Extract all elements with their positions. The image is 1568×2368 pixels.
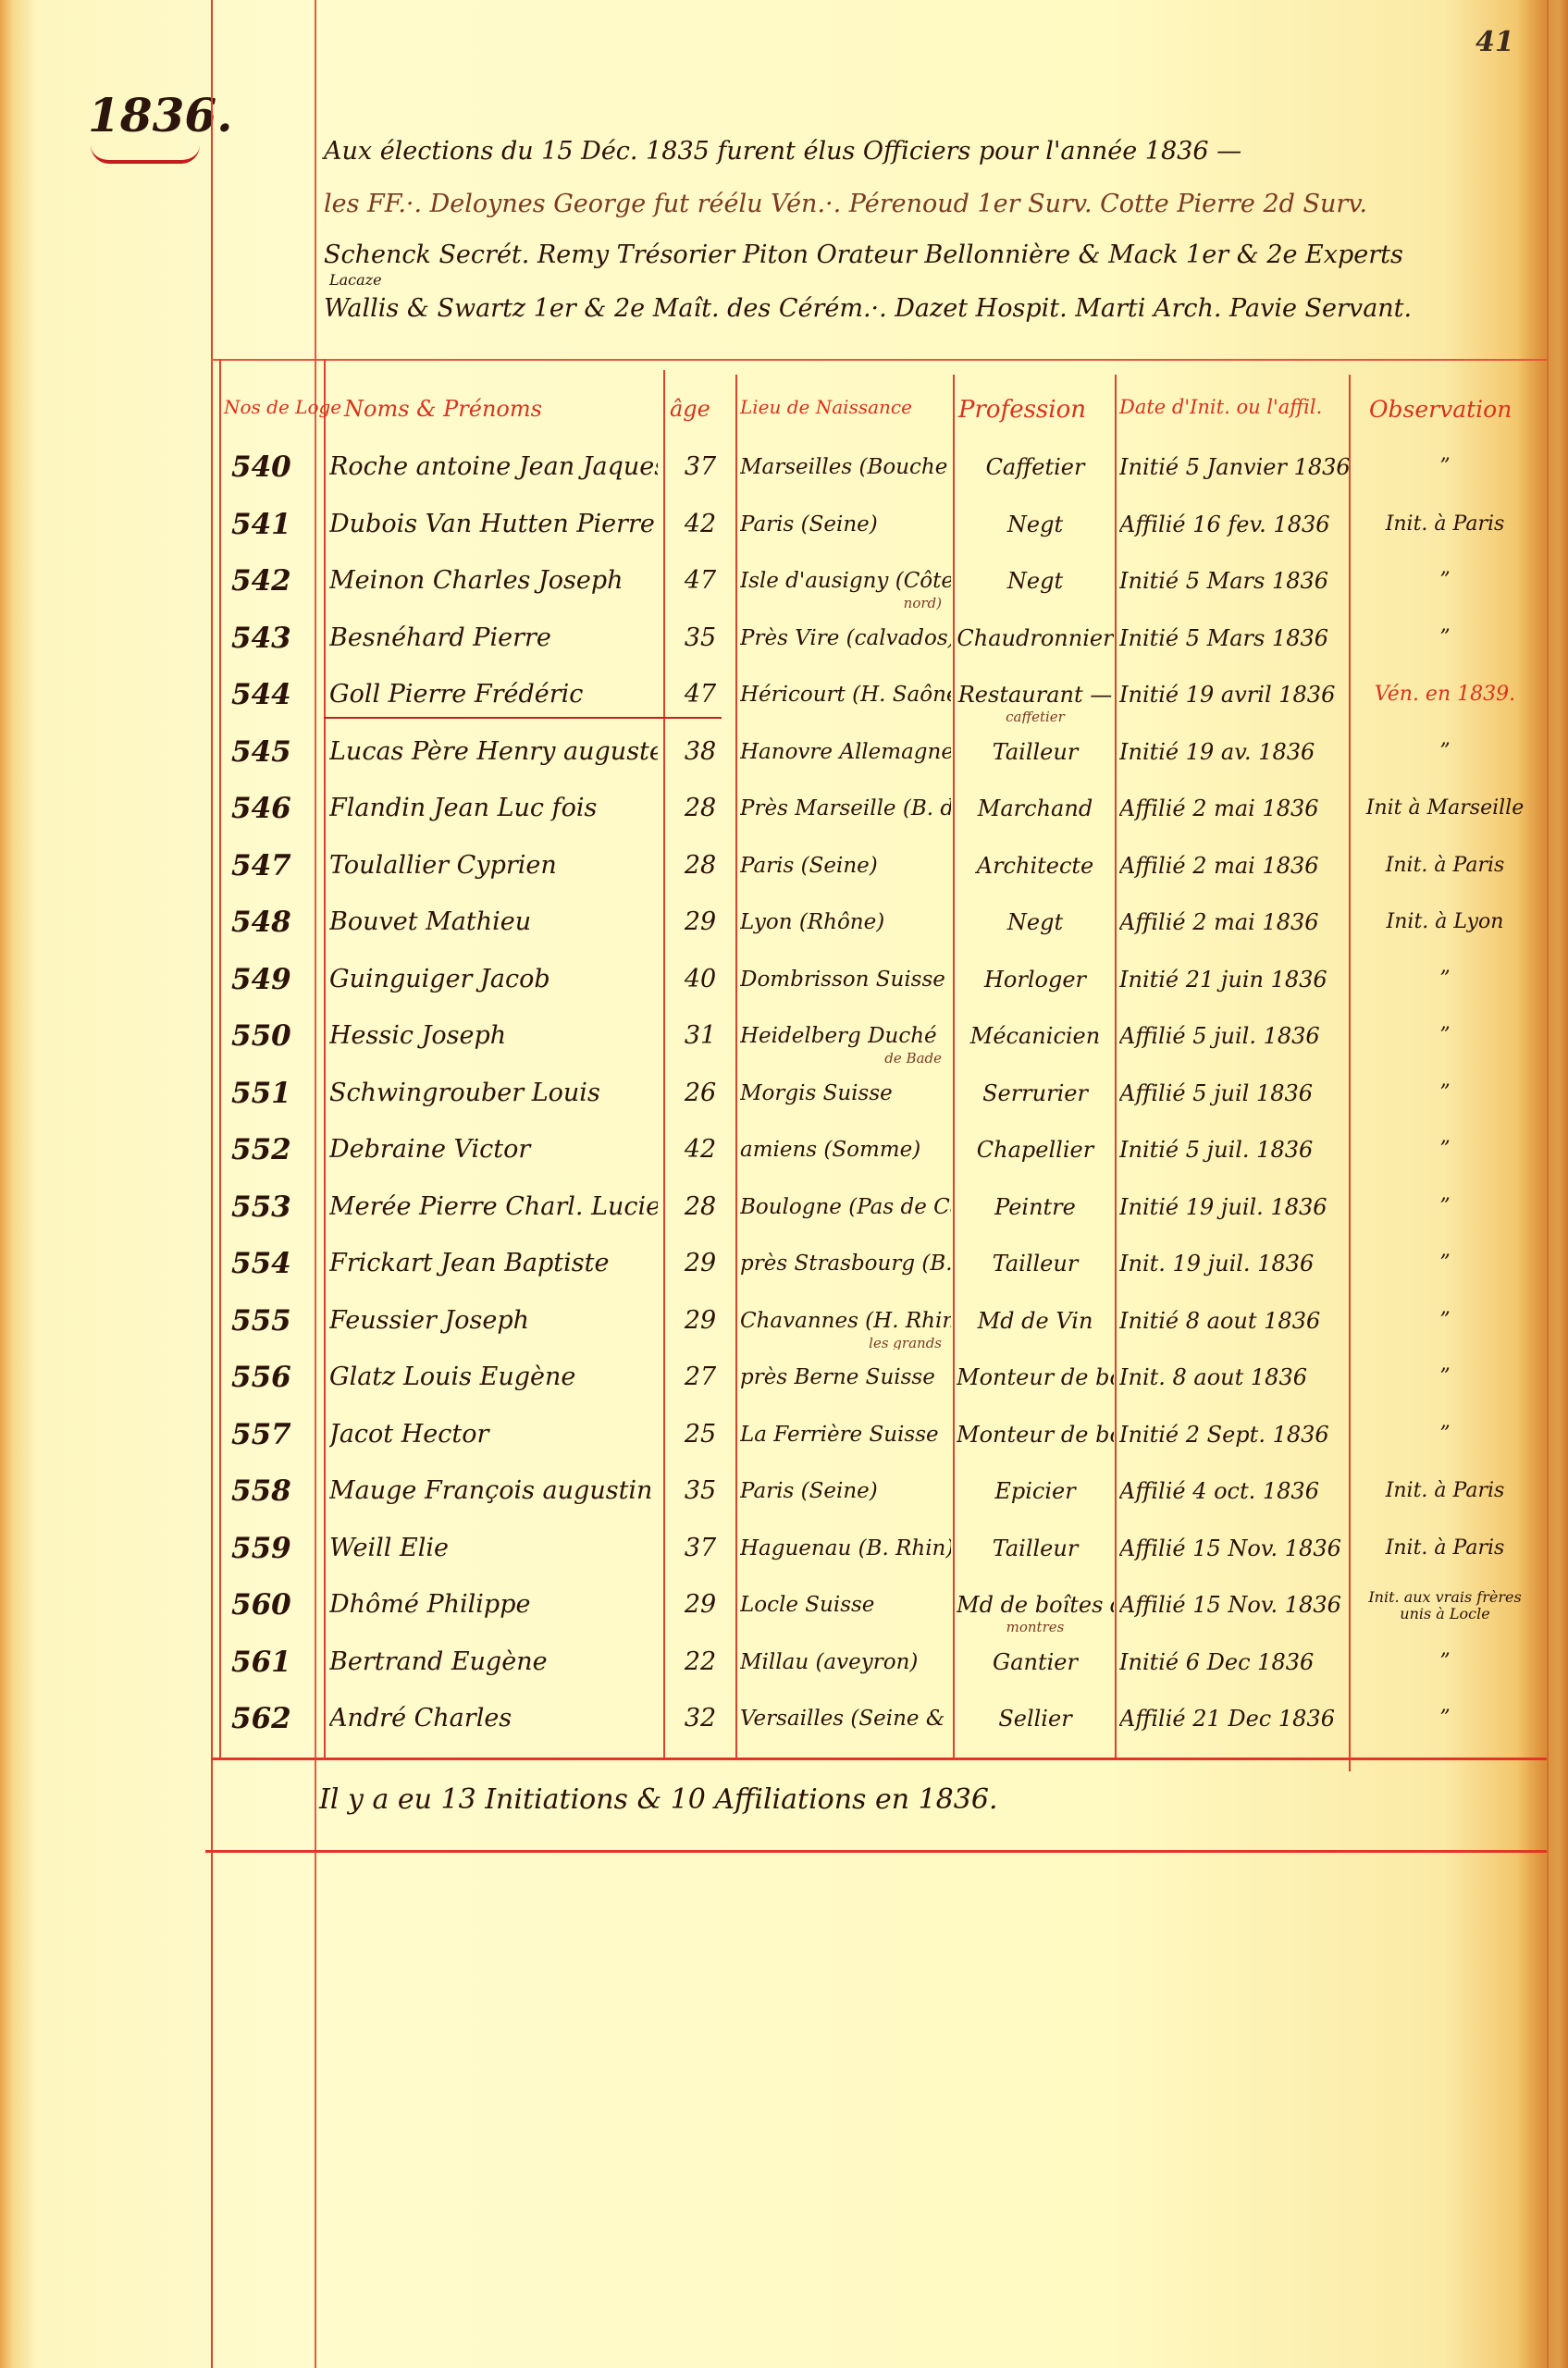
initiation-date: Affilié 5 juil. 1836: [1119, 1020, 1349, 1052]
member-name: Jacot Hector: [329, 1419, 658, 1450]
lodge-number: 551: [231, 1078, 319, 1109]
lodge-number: 557: [231, 1419, 319, 1450]
member-age: 35: [668, 623, 733, 654]
initiation-date: Init. 19 juil. 1836: [1119, 1248, 1349, 1279]
lodge-number: 559: [231, 1533, 319, 1564]
member-age: 27: [668, 1362, 733, 1393]
header-observation: Observation: [1369, 396, 1512, 423]
member-age: 47: [668, 679, 733, 710]
profession: Tailleur: [957, 736, 1114, 768]
profession: Mécanicien: [957, 1020, 1114, 1052]
lodge-number: 542: [231, 565, 319, 597]
observation: Init à Marseille: [1352, 793, 1537, 824]
initiation-date: Affilié 15 Nov. 1836: [1119, 1589, 1349, 1621]
birthplace: Millau (aveyron): [740, 1646, 951, 1678]
observation: ”: [1352, 1646, 1537, 1678]
observation: ”: [1352, 1020, 1537, 1052]
register-row: 552 Debraine Victor 42 amiens (Somme) Ch…: [0, 1134, 1568, 1190]
register-row: 547 Toulallier Cyprien 28 Paris (Seine) …: [0, 850, 1568, 906]
profession: Horloger: [957, 964, 1114, 995]
member-name: Meinon Charles Joseph: [329, 565, 658, 597]
lodge-number: 546: [231, 793, 319, 824]
member-name: Bouvet Mathieu: [329, 906, 658, 938]
member-age: 35: [668, 1475, 733, 1507]
initiation-date: Affilié 16 fev. 1836: [1119, 509, 1349, 540]
register-row: 554 Frickart Jean Baptiste 29 près Stras…: [0, 1248, 1568, 1303]
member-age: 22: [668, 1646, 733, 1678]
member-age: 28: [668, 793, 733, 824]
birthplace: Dombrisson Suisse: [740, 964, 951, 995]
observation: ”: [1352, 1362, 1537, 1393]
birthplace: Chavannes (H. Rhin)les grands: [740, 1305, 951, 1350]
member-name: Hessic Joseph: [329, 1020, 658, 1052]
register-row: 545 Lucas Père Henry auguste 38 Hanovre …: [0, 736, 1568, 792]
profession: Negt: [957, 509, 1114, 540]
observation: ”: [1352, 1191, 1537, 1223]
birthplace: amiens (Somme): [740, 1134, 951, 1165]
observation: ”: [1352, 736, 1537, 768]
member-name: Mauge François augustin: [329, 1475, 658, 1507]
initiation-date: Initié 5 Janvier 1836: [1119, 451, 1349, 483]
register-row: 556 Glatz Louis Eugène 27 près Berne Sui…: [0, 1362, 1568, 1417]
member-name: Toulallier Cyprien: [329, 850, 658, 882]
member-age: 29: [668, 1248, 733, 1279]
member-age: 29: [668, 1589, 733, 1621]
member-age: 28: [668, 1191, 733, 1223]
birthplace: Hanovre Allemagne: [740, 736, 951, 768]
header-date: Date d'Init. ou l'affil.: [1119, 396, 1322, 418]
header-name: Noms & Prénoms: [344, 396, 542, 422]
lodge-number: 550: [231, 1020, 319, 1052]
member-name: André Charles: [329, 1703, 658, 1734]
lodge-number: 545: [231, 736, 319, 768]
lodge-number: 552: [231, 1134, 319, 1165]
register-row: 542 Meinon Charles Joseph 47 Isle d'ausi…: [0, 565, 1568, 621]
initiation-date: Initié 21 juin 1836: [1119, 964, 1349, 995]
observation: ”: [1352, 451, 1537, 483]
preamble-line-2: les FF.·. Deloynes George fut réélu Vén.…: [324, 190, 1367, 218]
member-name: Besnéhard Pierre: [329, 623, 658, 654]
profession: Chapellier: [957, 1134, 1114, 1165]
profession: Peintre: [957, 1191, 1114, 1223]
member-age: 25: [668, 1419, 733, 1450]
member-age: 40: [668, 964, 733, 995]
header-profession: Profession: [958, 396, 1086, 424]
register-row: 546 Flandin Jean Luc fois 28 Près Marsei…: [0, 793, 1568, 848]
member-name: Debraine Victor: [329, 1134, 658, 1165]
profession: Marchand: [957, 793, 1114, 824]
member-name: Merée Pierre Charl. Lucien: [329, 1191, 658, 1223]
profession: Tailleur: [957, 1533, 1114, 1564]
initiation-date: Init. 8 aout 1836: [1119, 1362, 1349, 1393]
summary-bottom-rule: [205, 1850, 1547, 1853]
header-no: Nos de Loge: [224, 396, 341, 418]
register-row: 555 Feussier Joseph 29 Chavannes (H. Rhi…: [0, 1305, 1568, 1361]
lodge-number: 543: [231, 623, 319, 654]
profession: Sellier: [957, 1703, 1114, 1734]
member-name: Goll Pierre Frédéric: [329, 679, 658, 710]
profession: Negt: [957, 565, 1114, 597]
initiation-date: Initié 8 aout 1836: [1119, 1305, 1349, 1337]
header-age: âge: [670, 396, 710, 422]
member-name: Glatz Louis Eugène: [329, 1362, 658, 1393]
initiation-date: Affilié 4 oct. 1836: [1119, 1475, 1349, 1507]
birthplace: près Berne Suisse: [740, 1362, 951, 1393]
birthplace: Paris (Seine): [740, 850, 951, 882]
birthplace: Boulogne (Pas de Calais): [740, 1191, 951, 1223]
annual-summary: Il y a eu 13 Initiations & 10 Affiliatio…: [319, 1783, 997, 1816]
observation: Init. à Paris: [1352, 509, 1537, 540]
observation: Init. aux vrais frères unis à Locle: [1352, 1589, 1537, 1622]
birthplace: Près Marseille (B. du Rhône): [740, 793, 951, 824]
member-name: Flandin Jean Luc fois: [329, 793, 658, 824]
observation: Init. à Paris: [1352, 1475, 1537, 1507]
register-row: 562 André Charles 32 Versailles (Seine &…: [0, 1703, 1568, 1758]
member-age: 47: [668, 565, 733, 597]
observation: Vén. en 1839.: [1352, 679, 1537, 710]
lodge-number: 548: [231, 906, 319, 938]
observation: ”: [1352, 1419, 1537, 1450]
member-age: 31: [668, 1020, 733, 1052]
lodge-number: 547: [231, 850, 319, 882]
member-age: 42: [668, 509, 733, 540]
initiation-date: Initié 2 Sept. 1836: [1119, 1419, 1349, 1450]
register-row: 550 Hessic Joseph 31 Heidelberg Duchéde …: [0, 1020, 1568, 1076]
observation: ”: [1352, 1703, 1537, 1734]
member-age: 37: [668, 1533, 733, 1564]
lodge-number: 549: [231, 964, 319, 995]
member-age: 32: [668, 1703, 733, 1734]
profession: Epicier: [957, 1475, 1114, 1507]
birthplace: Morgis Suisse: [740, 1078, 951, 1109]
initiation-date: Initié 19 avril 1836: [1119, 679, 1349, 710]
register-row: 560 Dhômé Philippe 29 Locle Suisse Md de…: [0, 1589, 1568, 1645]
initiation-date: Affilié 5 juil 1836: [1119, 1078, 1349, 1109]
member-name: Guinguiger Jacob: [329, 964, 658, 995]
profession: Negt: [957, 906, 1114, 938]
register-row: 558 Mauge François augustin 35 Paris (Se…: [0, 1475, 1568, 1531]
lodge-number: 558: [231, 1475, 319, 1507]
preamble-line-4: Wallis & Swartz 1er & 2e Maît. des Cérém…: [324, 294, 1412, 323]
birthplace: Paris (Seine): [740, 509, 951, 540]
birthplace: Héricourt (H. Saône): [740, 679, 951, 710]
birthplace: Marseilles (Bouche du Rhône): [740, 451, 951, 483]
observation: ”: [1352, 565, 1537, 597]
page-number: 41: [1475, 26, 1514, 58]
profession: Monteur de boîtes: [957, 1362, 1114, 1393]
birthplace: Paris (Seine): [740, 1475, 951, 1507]
register-row: 557 Jacot Hector 25 La Ferrière Suisse M…: [0, 1419, 1568, 1474]
table-top-rule: [211, 359, 1547, 361]
observation: ”: [1352, 1305, 1537, 1337]
lodge-number: 554: [231, 1248, 319, 1279]
initiation-date: Initié 19 juil. 1836: [1119, 1191, 1349, 1223]
initiation-date: Affilié 21 Dec 1836: [1119, 1703, 1349, 1734]
year-underline-brace: [91, 143, 200, 164]
register-row: 543 Besnéhard Pierre 35 Près Vire (calva…: [0, 623, 1568, 678]
member-age: 42: [668, 1134, 733, 1165]
profession: Tailleur: [957, 1248, 1114, 1279]
member-age: 26: [668, 1078, 733, 1109]
header-birthplace: Lieu de Naissance: [740, 396, 912, 418]
member-name: Bertrand Eugène: [329, 1646, 658, 1678]
initiation-date: Affilié 15 Nov. 1836: [1119, 1533, 1349, 1564]
profession: Md de boîtes demontres: [957, 1589, 1114, 1634]
member-name: Dhômé Philippe: [329, 1589, 658, 1621]
member-age: 37: [668, 451, 733, 483]
birthplace: Lyon (Rhône): [740, 906, 951, 938]
register-row: 548 Bouvet Mathieu 29 Lyon (Rhône) Negt …: [0, 906, 1568, 962]
observation: Init. à Paris: [1352, 1533, 1537, 1564]
member-name: Schwingrouber Louis: [329, 1078, 658, 1109]
lodge-number: 560: [231, 1589, 319, 1621]
profession: Md de Vin: [957, 1305, 1114, 1337]
birthplace: Isle d'ausigny (Côtes dunord): [740, 565, 951, 610]
observation: ”: [1352, 1134, 1537, 1165]
member-name: Frickart Jean Baptiste: [329, 1248, 658, 1279]
member-name: Roche antoine Jean Jaques: [329, 451, 658, 483]
member-age: 29: [668, 1305, 733, 1337]
birthplace: Locle Suisse: [740, 1589, 951, 1621]
initiation-date: Initié 5 Mars 1836: [1119, 623, 1349, 654]
lodge-number: 553: [231, 1191, 319, 1223]
profession: Architecte: [957, 850, 1114, 882]
register-row: 559 Weill Elie 37 Haguenau (B. Rhin) Tai…: [0, 1533, 1568, 1588]
observation: ”: [1352, 964, 1537, 995]
birthplace: près Strasbourg (B. Rhin): [740, 1248, 951, 1279]
profession: Monteur de boîtes: [957, 1419, 1114, 1450]
lodge-number: 561: [231, 1646, 319, 1678]
birthplace: La Ferrière Suisse: [740, 1419, 951, 1450]
member-age: 28: [668, 850, 733, 882]
initiation-date: Initié 19 av. 1836: [1119, 736, 1349, 768]
register-row: 561 Bertrand Eugène 22 Millau (aveyron) …: [0, 1646, 1568, 1702]
lodge-number: 541: [231, 509, 319, 540]
member-age: 38: [668, 736, 733, 768]
observation: ”: [1352, 623, 1537, 654]
member-name: Dubois Van Hutten Pierre: [329, 509, 658, 540]
preamble-line-3: Schenck Secrét. Remy Trésorier Piton Ora…: [324, 240, 1403, 269]
profession: Caffetier: [957, 451, 1114, 483]
lodge-number: 555: [231, 1305, 319, 1337]
profession: Serrurier: [957, 1078, 1114, 1109]
register-row: 553 Merée Pierre Charl. Lucien 28 Boulog…: [0, 1191, 1568, 1247]
birthplace: Versailles (Seine & Oise): [740, 1703, 951, 1734]
lodge-number: 544: [231, 679, 319, 710]
member-name: Weill Elie: [329, 1533, 658, 1564]
profession: Restaurant —caffetier: [957, 679, 1114, 723]
lodge-number: 562: [231, 1703, 319, 1734]
initiation-date: Affilié 2 mai 1836: [1119, 793, 1349, 824]
initiation-date: Affilié 2 mai 1836: [1119, 906, 1349, 938]
observation: ”: [1352, 1248, 1537, 1279]
register-row: 544 Goll Pierre Frédéric 47 Héricourt (H…: [0, 679, 1568, 734]
initiation-date: Initié 6 Dec 1836: [1119, 1646, 1349, 1678]
preamble-insert: Lacaze: [329, 271, 382, 289]
lodge-number: 556: [231, 1362, 319, 1393]
initiation-date: Affilié 2 mai 1836: [1119, 850, 1349, 882]
observation: Init. à Lyon: [1352, 906, 1537, 938]
register-row: 541 Dubois Van Hutten Pierre 42 Paris (S…: [0, 509, 1568, 564]
observation: Init. à Paris: [1352, 850, 1537, 882]
register-row: 540 Roche antoine Jean Jaques 37 Marseil…: [0, 451, 1568, 507]
member-age: 29: [668, 906, 733, 938]
birthplace: Heidelberg Duchéde Bade: [740, 1020, 951, 1065]
register-row: 549 Guinguiger Jacob 40 Dombrisson Suiss…: [0, 964, 1568, 1019]
initiation-date: Initié 5 Mars 1836: [1119, 565, 1349, 597]
initiation-date: Initié 5 juil. 1836: [1119, 1134, 1349, 1165]
birthplace: Près Vire (calvados): [740, 623, 951, 654]
register-row: 551 Schwingrouber Louis 26 Morgis Suisse…: [0, 1078, 1568, 1133]
profession: Gantier: [957, 1646, 1114, 1678]
birthplace: Haguenau (B. Rhin): [740, 1533, 951, 1564]
member-name: Lucas Père Henry auguste: [329, 736, 658, 768]
lodge-number: 540: [231, 451, 319, 483]
profession: Chaudronnier: [957, 623, 1114, 654]
preamble-line-1: Aux élections du 15 Déc. 1835 furent élu…: [324, 137, 1241, 166]
member-name: Feussier Joseph: [329, 1305, 658, 1337]
observation: ”: [1352, 1078, 1537, 1109]
